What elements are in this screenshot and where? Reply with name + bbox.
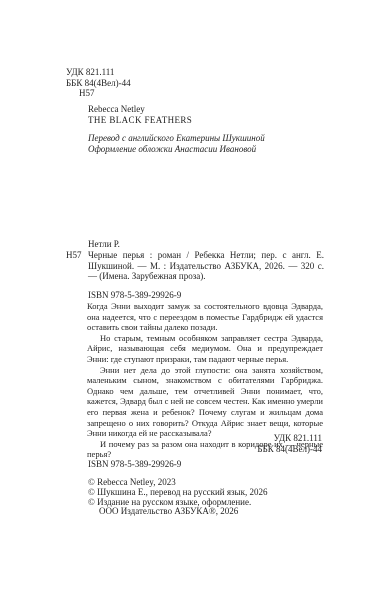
copyright-block: © Rebecca Netley, 2023 © Шукшина Е., пер… [88,478,267,517]
record-entry: Н57 Черные перья : роман / Ребекка Нетли… [66,250,324,282]
bbk-code-top: ББК 84(4Вел)-44 [66,78,131,89]
udk-code-top: УДК 821.111 [66,67,131,78]
translation-credit: Перевод с английского Екатерины Шукшиной [88,133,265,144]
bibliographic-record: Нетли Р. Н57 Черные перья : роман / Ребе… [66,239,324,301]
annotation-paragraph-1: Когда Энни выходит замуж за состоятельно… [87,301,323,333]
cover-design-credit: Оформление обложки Анастасии Ивановой [88,144,265,155]
record-author: Нетли Р. [88,239,324,250]
top-classification-codes: УДК 821.111 ББК 84(4Вел)-44 Н57 [66,67,131,99]
copyright-publisher: ООО Издательство АЗБУКА®, 2026 [88,507,267,517]
original-author: Rebecca Netley [88,104,192,115]
annotation-paragraph-2: Но старым, темным особняком заправляет с… [87,333,323,365]
record-isbn: ISBN 978-5-389-29926-9 [88,290,324,301]
annotation-paragraph-3: Энни нет дела до этой глупости: она заня… [87,365,323,439]
udk-code-bottom: УДК 821.111 [257,433,322,444]
original-title: THE BLACK FEATHERS [88,115,192,126]
author-sign-code-top: Н57 [66,88,131,99]
isbn-repeat: ISBN 978-5-389-29926-9 [88,459,181,469]
bottom-classification-codes: УДК 821.111 ББК 84(4Вел)-44 [257,433,322,454]
record-author-sign: Н57 [66,250,82,261]
book-copyright-page: УДК 821.111 ББК 84(4Вел)-44 Н57 Rebecca … [0,0,365,590]
bbk-code-bottom: ББК 84(4Вел)-44 [257,444,322,455]
record-description: Черные перья : роман / Ребекка Нетли; пе… [88,250,324,282]
credits-block: Перевод с английского Екатерины Шукшиной… [88,133,265,154]
original-edition-block: Rebecca Netley THE BLACK FEATHERS [88,104,192,125]
